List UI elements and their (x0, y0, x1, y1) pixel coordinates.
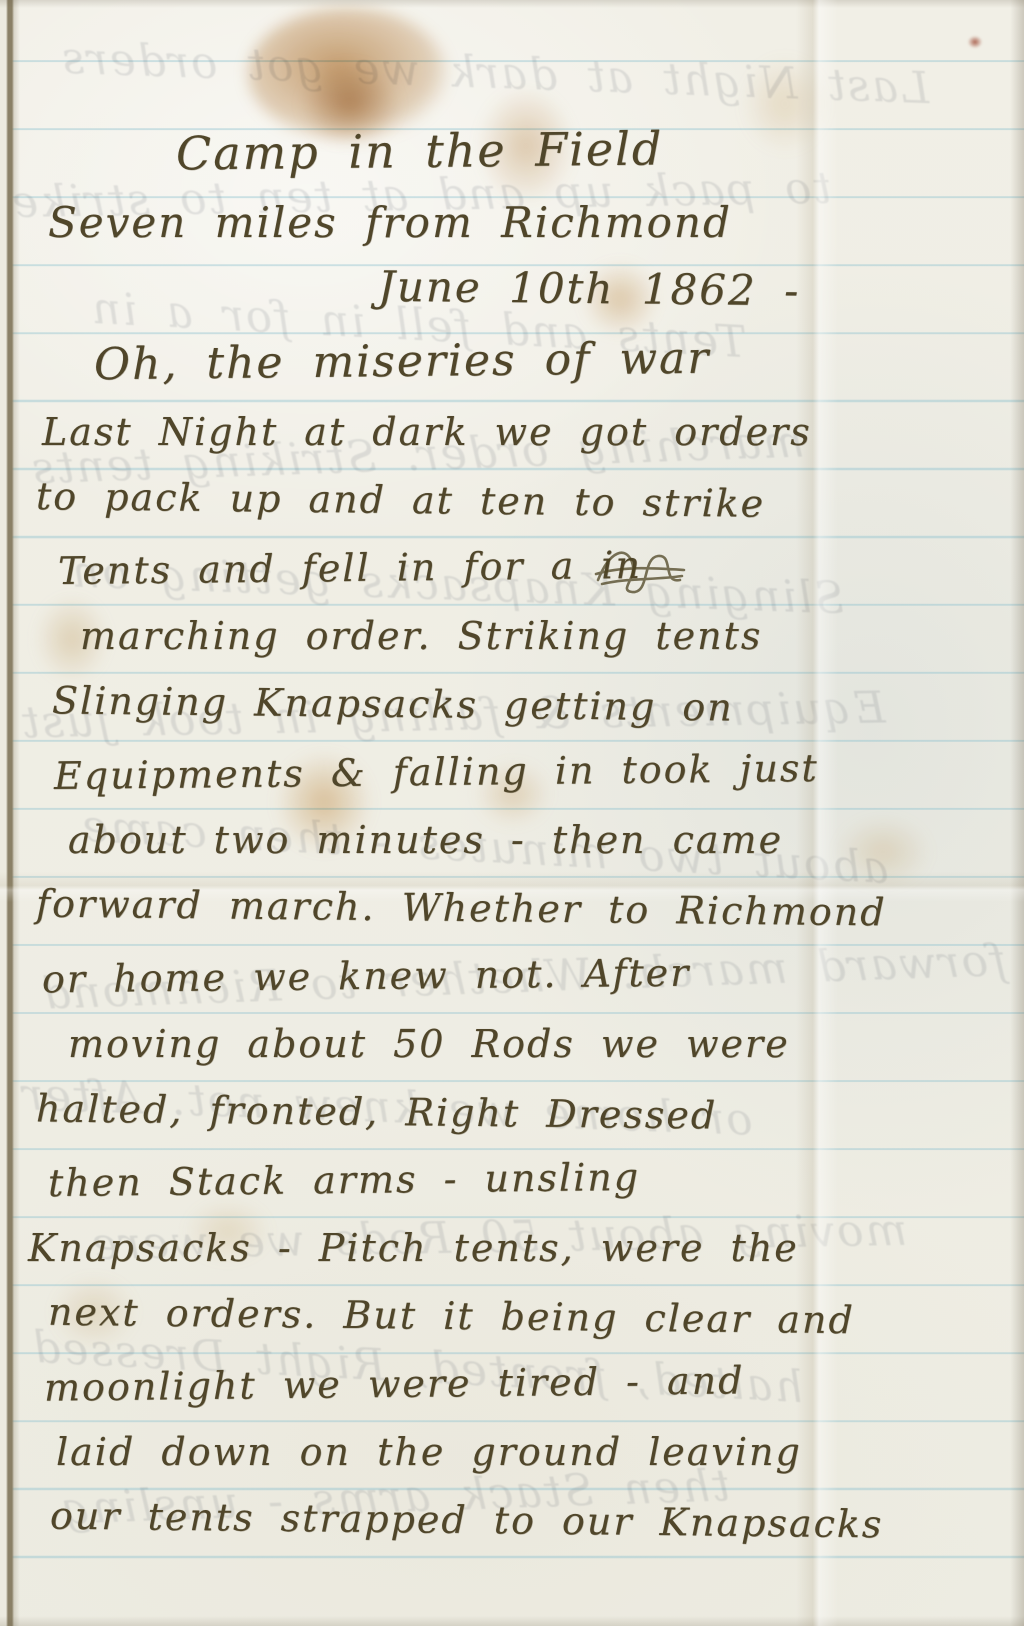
letter-line: Last Night at dark we got orders (42, 410, 812, 454)
letter-line: then Stack arms - unsling (48, 1155, 640, 1205)
letter-line: moonlight we were tired - and (44, 1358, 745, 1409)
letter-line: Knapsacks - Pitch tents, were the (28, 1226, 799, 1270)
letter-line: laid down on the ground leaving (56, 1430, 802, 1474)
letter-line: forward march. Whether to Richmond (36, 882, 887, 935)
letter-line: about two minutes - then came (68, 818, 783, 862)
letter-line: Oh, the miseries of war (94, 333, 711, 390)
letter-text-layer: Camp in the FieldSeven miles from Richmo… (0, 0, 1024, 1626)
letter-line: Camp in the Field (176, 121, 664, 180)
letter-line: halted, fronted, Right Dressed (36, 1086, 718, 1137)
letter-line: Equipments & falling in took just (54, 746, 819, 798)
letter-line: our tents strapped to our Knapsacks (50, 1494, 884, 1547)
letter-line: next orders. But it being clear and (48, 1290, 855, 1342)
letter-line: marching order. Striking tents (80, 614, 762, 658)
letter-line: moving about 50 Rods we were (68, 1022, 790, 1066)
letter-line: Slinging Knapsacks getting on (52, 678, 734, 729)
letter-line: June 10th 1862 - (378, 262, 801, 315)
letter-page: Last Night at dark we got ordersto pack … (0, 0, 1024, 1626)
letter-line: Seven miles from Richmond (48, 198, 732, 247)
ink-scribble (592, 540, 688, 608)
letter-line: to pack up and at ten to strike (36, 474, 766, 526)
letter-line: or home we knew not. After (42, 951, 691, 1002)
letter-line: Tents and fell in for a in (58, 543, 642, 593)
